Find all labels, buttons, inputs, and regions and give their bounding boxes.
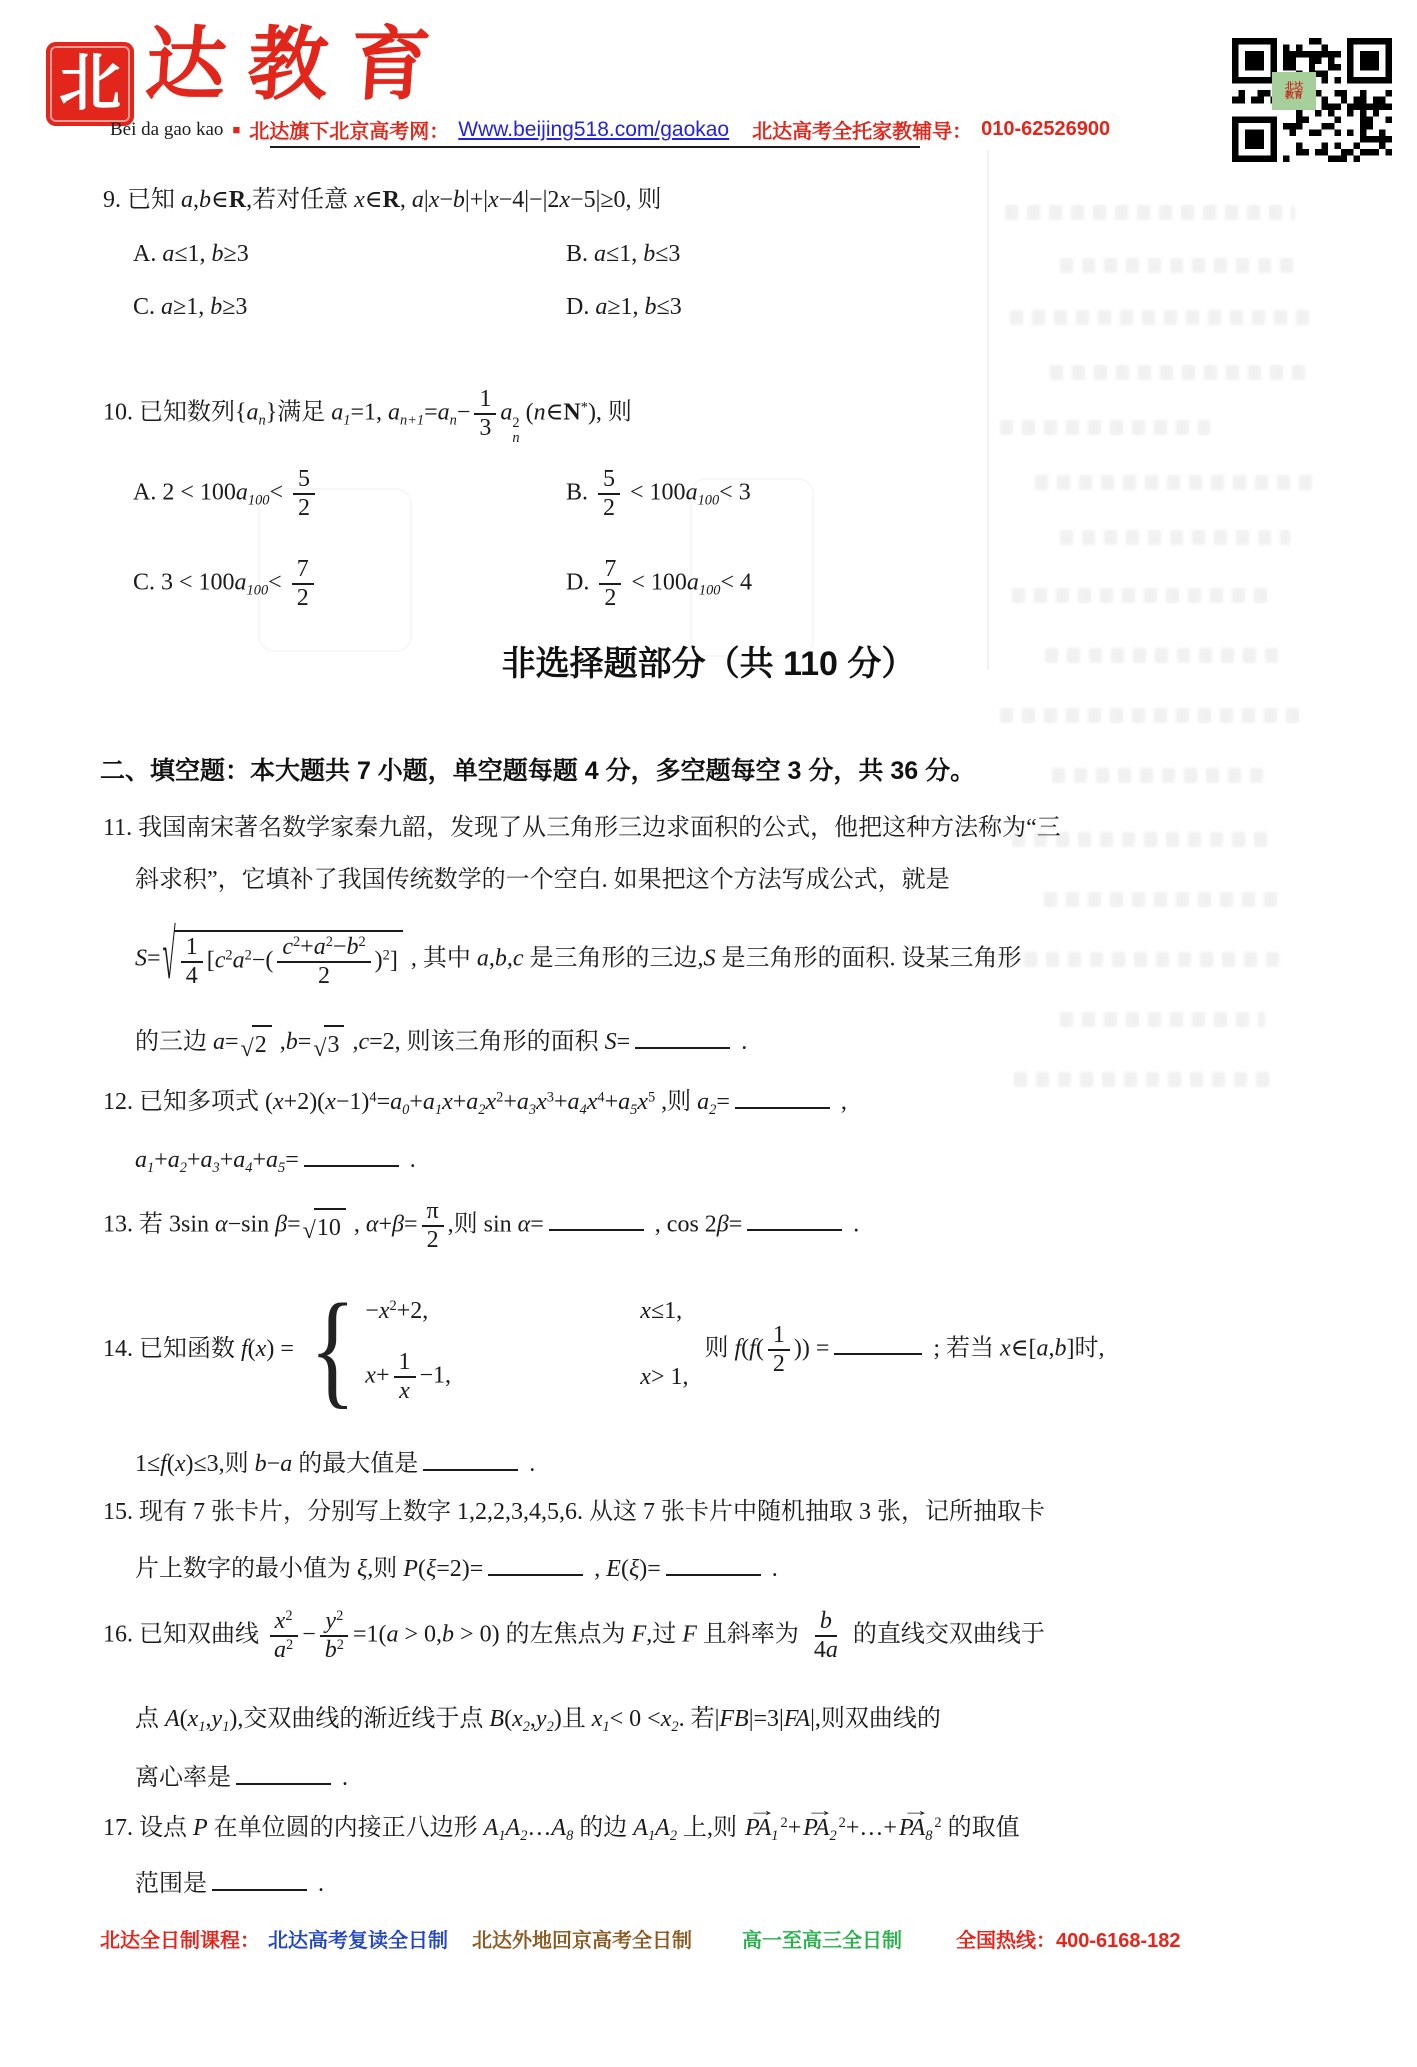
- question-10-stem: 10. 已知数列{an}满足 a1=1, an+1=an−13a2n (n∈N*…: [103, 386, 632, 446]
- qr-center-text-2: 教育: [1285, 91, 1303, 100]
- question-12-line-1: 12. 已知多项式 (x+2)(x−1)4=a0+a1x+a2x2+a3x3+a…: [103, 1082, 847, 1121]
- question-11-line-1: 11. 我国南宋著名数学家秦九韶，发现了从三角形三边求面积的公式，他把这种方法称…: [103, 812, 1061, 844]
- piecewise-cases: −x2+2, x≤1, x+1x−1, x> 1,: [365, 1295, 688, 1405]
- bleed-through-smudge: [1052, 768, 1272, 783]
- question-11-line-2: 斜求积”，它填补了我国传统数学的一个空白. 如果把这个方法写成公式，就是: [135, 864, 950, 896]
- question-11-line-4: 的三边 a=√2 ,b=√3 ,c=2, 则该三角形的面积 S= .: [135, 1022, 747, 1062]
- question-9-option-d: D. a≥1, b≤3: [566, 291, 682, 323]
- question-14-line-2: 1≤f(x)≤3,则 b−a 的最大值是 .: [135, 1444, 535, 1481]
- question-11-formula: S=√14[c2a2−(c2+a2−b22)2] , 其中 a,b,c 是三角形…: [135, 930, 1022, 990]
- bleed-through-smudge: [1000, 420, 1210, 435]
- bleed-through-smudge: [1010, 310, 1310, 325]
- footer: 北达全日制课程： 北达高考复读全日制 北达外地回京高考全日制 高一至高三全日制 …: [100, 1924, 1181, 1953]
- piecewise-brace: {: [310, 1292, 356, 1407]
- footer-hotline-label: 全国热线：: [956, 1924, 1056, 1953]
- piecewise-case-2: x+1x−1, x> 1,: [365, 1349, 688, 1405]
- question-9-option-c: C. a≥1, b≥3: [133, 291, 247, 323]
- bleed-through-smudge: [1005, 205, 1295, 220]
- bleed-through-smudge: [1044, 892, 1284, 907]
- bleed-through-smudge: [1060, 258, 1300, 273]
- case-1-expression: −x2+2,: [365, 1295, 640, 1327]
- header-rule: [270, 146, 920, 148]
- logo-stamp: 北: [46, 42, 134, 126]
- case-2-condition: x> 1,: [640, 1361, 688, 1393]
- question-17-line-1: 17. 设点 P 在单位圆的内接正八边形 A1A2…A8 的边 A1A2 上,则…: [103, 1812, 1020, 1846]
- section-title: 非选择题部分（共 110 分）: [0, 642, 1417, 688]
- bleed-through-smudge: [1002, 952, 1282, 967]
- site-label: 北达旗下北京高考网：: [249, 115, 449, 144]
- fill-in-section-header: 二、填空题：本大题共 7 小题，单空题每题 4 分，多空题每空 3 分，共 36…: [100, 755, 975, 789]
- bleed-through-smudge: [1014, 1072, 1272, 1087]
- question-16-line-2: 点 A(x1,y1),交双曲线的渐近线于点 B(x2,y2)且 x1< 0 <x…: [135, 1703, 941, 1737]
- case-2-expression: x+1x−1,: [365, 1349, 640, 1405]
- bleed-through-smudge: [1035, 475, 1315, 490]
- question-15-line-1: 15. 现有 7 张卡片，分别写上数字 1,2,2,3,4,5,6. 从这 7 …: [103, 1496, 1045, 1528]
- qr-center-logo: 北达 教育: [1272, 72, 1316, 110]
- scan-crease: [987, 150, 989, 670]
- piecewise-case-1: −x2+2, x≤1,: [365, 1295, 688, 1327]
- bleed-through-smudge: [1012, 588, 1272, 603]
- question-12-line-2: a1+a2+a3+a4+a5= .: [135, 1140, 416, 1179]
- qr-code: 北达 教育: [1232, 38, 1392, 162]
- tutor-label: 北达高考全托家教辅导：: [752, 115, 972, 144]
- question-9-stem: 9. 已知 a,b∈R,若对任意 x∈R, a|x−b|+|x−4|−|2x−5…: [103, 184, 662, 216]
- header-info-row: Bei da gao kao ■ 北达旗下北京高考网： Www.beijing5…: [110, 115, 1110, 144]
- question-10-option-d: D. 72 < 100a100< 4: [566, 556, 752, 612]
- question-9-option-a: A. a≤1, b≥3: [133, 238, 249, 270]
- question-16-line-1: 16. 已知双曲线 x2a2−y2b2=1(a > 0,b > 0) 的左焦点为…: [103, 1608, 1045, 1664]
- logo-tagline: Bei da gao kao: [110, 119, 223, 141]
- bleed-through-smudge: [1060, 530, 1290, 545]
- case-1-condition: x≤1,: [640, 1295, 682, 1327]
- footer-item-grade1-3: 高一至高三全日制: [742, 1924, 902, 1953]
- bleed-through-smudge: [1000, 708, 1300, 723]
- question-15-line-2: 片上数字的最小值为 ξ,则 P(ξ=2)= , E(ξ)= .: [135, 1549, 778, 1586]
- logo-stamp-char: 北: [59, 53, 121, 115]
- logo-script: 达教育: [143, 26, 455, 106]
- bleed-through-smudge: [1060, 1012, 1265, 1027]
- bleed-through-smudge: [1050, 365, 1310, 380]
- question-9-option-b: B. a≤1, b≤3: [566, 238, 680, 270]
- question-14-block: 14. 已知函数 f(x) = { −x2+2, x≤1, x+1x−1, x>…: [103, 1292, 1104, 1407]
- question-17-line-2: 范围是 .: [135, 1864, 324, 1901]
- footer-item-return-beijing: 北达外地回京高考全日制: [472, 1924, 692, 1953]
- exam-page: 北 达教育 Bei da gao kao ■ 北达旗下北京高考网： Www.be…: [0, 0, 1417, 2067]
- footer-hotline-number: 400-6168-182: [1056, 1930, 1181, 1953]
- site-url-link[interactable]: Www.beijing518.com/gaokao: [458, 118, 729, 142]
- tutor-phone: 010-62526900: [981, 118, 1110, 141]
- footer-item-fulltime-repeat: 北达高考复读全日制: [268, 1924, 448, 1953]
- question-16-line-3: 离心率是 .: [135, 1758, 348, 1795]
- question-14-suffix: 则 f(f(12)) = ; 若当 x∈[a,b]时,: [705, 1322, 1105, 1378]
- question-10-option-c: C. 3 < 100a100< 72: [133, 556, 318, 612]
- question-10-option-a: A. 2 < 100a100< 52: [133, 466, 319, 522]
- footer-label: 北达全日制课程：: [100, 1924, 260, 1953]
- question-13: 13. 若 3sin α−sin β=√10 , α+β=π2,则 sin α=…: [103, 1198, 859, 1254]
- question-14-prefix: 14. 已知函数 f(x) =: [103, 1333, 294, 1365]
- red-square-icon: ■: [232, 122, 240, 138]
- question-10-option-b: B. 52 < 100a100< 3: [566, 466, 751, 522]
